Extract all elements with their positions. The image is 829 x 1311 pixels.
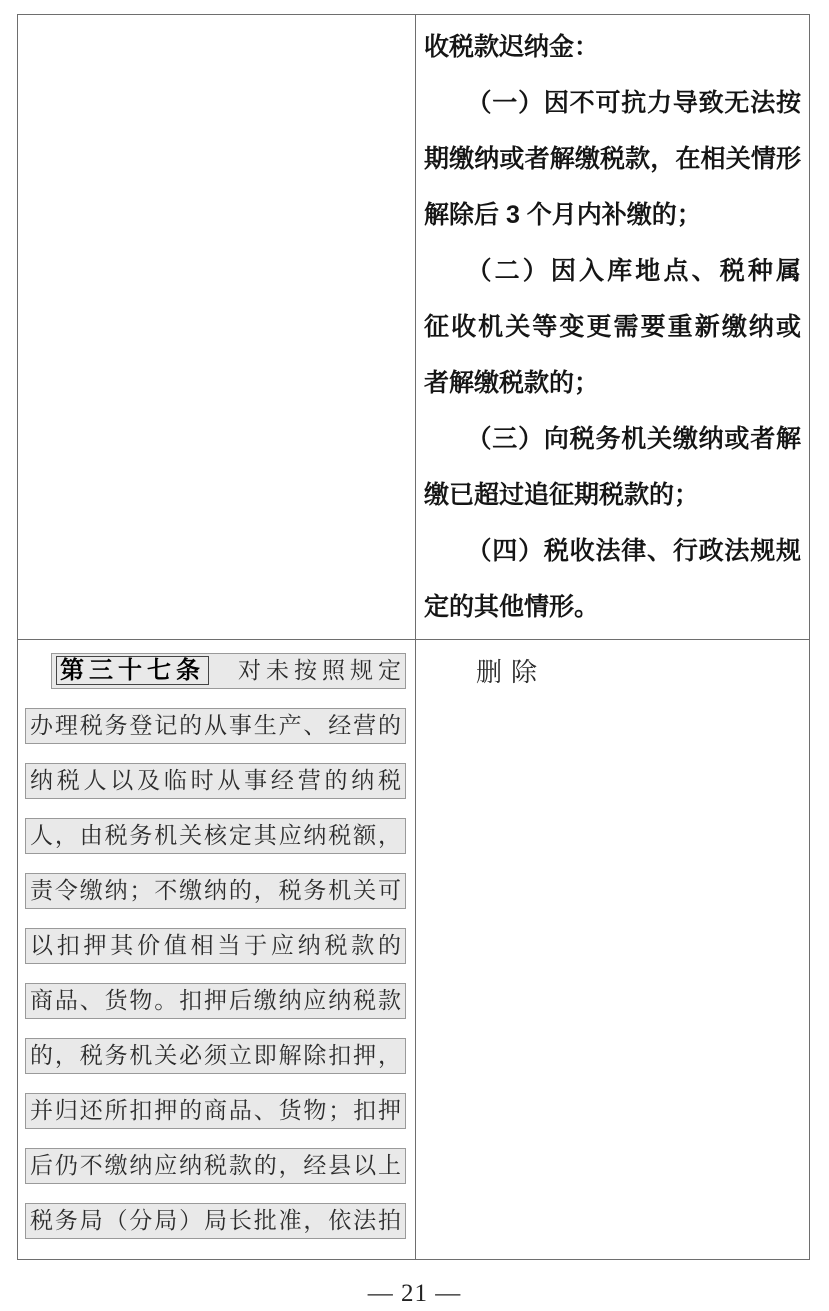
text-line: （三）向税务机关缴纳或者解 [424, 411, 801, 467]
text-line: （一）因不可抗力导致无法按 [424, 75, 801, 131]
deleted-text-line: 后仍不缴纳应纳税款的，经县以上 [25, 1148, 406, 1184]
deleted-text-line: 并归还所扣押的商品、货物；扣押 [25, 1093, 406, 1129]
old-text-cell: 第三十七条对未按照规定 办理税务登记的从事生产、经营的 纳税人以及临时从事经营的… [18, 640, 416, 1259]
new-text-cell: 收税款迟纳金： （一）因不可抗力导致无法按 期缴纳或者解缴税款，在相关情形 解除… [416, 15, 809, 640]
deleted-text-line: 商品、货物。扣押后缴纳应纳税款 [25, 983, 406, 1019]
deleted-text-line: 办理税务登记的从事生产、经营的 [25, 708, 406, 744]
deleted-text: 对未按照规定 [233, 657, 401, 683]
text-line: 征收机关等变更需要重新缴纳或 [424, 299, 801, 355]
text-line: （四）税收法律、行政法规规 [424, 523, 801, 579]
text-line: 缴已超过追征期税款的； [424, 467, 801, 523]
text-line: 期缴纳或者解缴税款，在相关情形 [424, 131, 801, 187]
deleted-text-line: 税务局（分局）局长批准，依法拍 [25, 1203, 406, 1239]
text-line: 收税款迟纳金： [424, 19, 801, 75]
text-line: 者解缴税款的； [424, 355, 801, 411]
action-cell: 删除 [416, 640, 809, 1259]
delete-action-label: 删除 [476, 652, 801, 689]
text-line: （二）因入库地点、税种属性、 [424, 243, 801, 299]
deleted-text-line: 的，税务机关必须立即解除扣押， [25, 1038, 406, 1074]
deleted-text-line: 第三十七条对未按照规定 [51, 653, 406, 689]
old-text-cell-row1-empty [18, 15, 416, 640]
text-line: 解除后 3 个月内补缴的； [424, 187, 801, 243]
text-line: 定的其他情形。 [424, 579, 801, 635]
deleted-text-line: 纳税人以及临时从事经营的纳税 [25, 763, 406, 799]
deleted-text-line: 责令缴纳；不缴纳的，税务机关可 [25, 873, 406, 909]
article-number: 第三十七条 [56, 656, 209, 685]
page-number: — 21 — [0, 1280, 829, 1308]
law-comparison-table: 收税款迟纳金： （一）因不可抗力导致无法按 期缴纳或者解缴税款，在相关情形 解除… [17, 14, 810, 1260]
deleted-text-line: 人，由税务机关核定其应纳税额， [25, 818, 406, 854]
deleted-text-line: 以扣押其价值相当于应纳税款的 [25, 928, 406, 964]
